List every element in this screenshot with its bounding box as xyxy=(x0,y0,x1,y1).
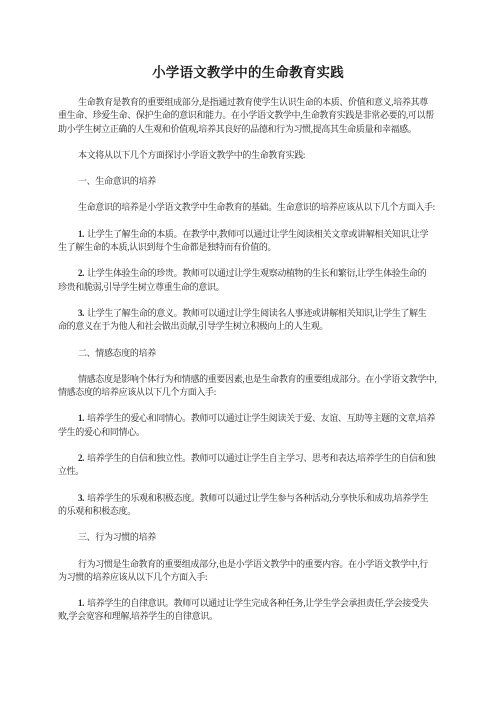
paragraph: 行为习惯是生命教育的重要组成部分,也是小学语文教学中的重要内容。在小学语文教学中… xyxy=(58,558,442,585)
list-item: 1.培养学生的自律意识。教师可以通过让学生完成各种任务,让学生学会承担责任,学会… xyxy=(58,597,442,624)
text-line: 本文将从以下几个方面探讨小学语文教学中的生命教育实践: xyxy=(58,149,442,162)
list-text: 让学生了解生命的本质。在教学中,教师可以通过让学生阅读相关文章或讲解相关知识,让… xyxy=(87,229,428,239)
text-line: 生命教育是教育的重要组成部分,是指通过教育使学生认识生命的本质、价值和意义,培养… xyxy=(58,96,442,109)
text-line: 2.培养学生的自信和独立性。教师可以通过让学生自主学习、思考和表达,培养学生的自… xyxy=(58,452,442,465)
list-item: 2.让学生体验生命的珍贵。教师可以通过让学生观察动植物的生长和繁衍,让学生体验生… xyxy=(58,267,442,294)
list-number: 2. xyxy=(78,453,84,463)
paragraph: 生命意识的培养是小学语文教学中生命教育的基础。生命意识的培养应该从以下几个方面入… xyxy=(58,201,442,214)
list-number: 3. xyxy=(78,308,84,318)
text-line: 三、行为习惯的培养 xyxy=(58,531,442,544)
paragraph: 生命教育是教育的重要组成部分,是指通过教育使学生认识生命的本质、价值和意义,培养… xyxy=(58,96,442,136)
document-body: 生命教育是教育的重要组成部分,是指通过教育使学生认识生命的本质、价值和意义,培养… xyxy=(58,96,442,624)
text-line: 行为习惯是生命教育的重要组成部分,也是小学语文教学中的重要内容。在小学语文教学中… xyxy=(58,558,442,571)
text-line: 生命意识的培养是小学语文教学中生命教育的基础。生命意识的培养应该从以下几个方面入… xyxy=(58,201,442,214)
section-heading: 二、情感态度的培养 xyxy=(58,347,442,360)
list-number: 1. xyxy=(78,413,84,423)
text-line: 助小学生树立正确的人生观和价值观,培养其良好的品德和行为习惯,提高其生命质量和幸… xyxy=(58,123,442,136)
list-number: 3. xyxy=(78,493,84,503)
list-item: 2.培养学生的自信和独立性。教师可以通过让学生自主学习、思考和表达,培养学生的自… xyxy=(58,452,442,479)
list-number: 2. xyxy=(78,268,84,278)
text-line: 1.培养学生的自律意识。教师可以通过让学生完成各种任务,让学生学会承担责任,学会… xyxy=(58,597,442,610)
text-line: 败,学会宽容和理解,培养学生的自律意识。 xyxy=(58,610,442,623)
section-heading: 一、生命意识的培养 xyxy=(58,175,442,188)
text-line: 立性。 xyxy=(58,465,442,478)
text-line: 1.培养学生的爱心和同情心。教师可以通过让学生阅读关于爱、友谊、互助等主题的文章… xyxy=(58,412,442,425)
text-line: 珍贵和脆弱,引导学生树立尊重生命的意识。 xyxy=(58,281,442,294)
text-line: 1.让学生了解生命的本质。在教学中,教师可以通过让学生阅读相关文章或讲解相关知识… xyxy=(58,228,442,241)
list-text: 培养学生的自信和独立性。教师可以通过让学生自主学习、思考和表达,培养学生的自信和… xyxy=(87,453,435,463)
text-line: 2.让学生体验生命的珍贵。教师可以通过让学生观察动植物的生长和繁衍,让学生体验生… xyxy=(58,267,442,280)
list-item: 1.培养学生的爱心和同情心。教师可以通过让学生阅读关于爱、友谊、互助等主题的文章… xyxy=(58,412,442,439)
list-number: 1. xyxy=(78,229,84,239)
text-line: 3.让学生了解生命的意义。教师可以通过让学生阅读名人事迹或讲解相关知识,让学生了… xyxy=(58,307,442,320)
paragraph: 情感态度是影响个体行为和情感的重要因素,也是生命教育的重要组成部分。在小学语文教… xyxy=(58,373,442,400)
text-line: 二、情感态度的培养 xyxy=(58,347,442,360)
list-text: 培养学生的自律意识。教师可以通过让学生完成各种任务,让学生学会承担责任,学会接受… xyxy=(87,598,428,608)
document-title: 小学语文教学中的生命教育实践 xyxy=(0,64,496,82)
text-line: 重生命、珍爱生命、保护生命的意识和能力。在小学语文教学中,生命教育实践是非常必要… xyxy=(58,109,442,122)
text-line: 一、生命意识的培养 xyxy=(58,175,442,188)
list-text: 让学生体验生命的珍贵。教师可以通过让学生观察动植物的生长和繁衍,让学生体验生命的 xyxy=(87,268,426,278)
text-line: 情感态度是影响个体行为和情感的重要因素,也是生命教育的重要组成部分。在小学语文教… xyxy=(58,373,442,386)
list-item: 1.让学生了解生命的本质。在教学中,教师可以通过让学生阅读相关文章或讲解相关知识… xyxy=(58,228,442,255)
list-text: 培养学生的乐观和积极态度。教师可以通过让学生参与各种活动,分享快乐和成功,培养学… xyxy=(87,493,428,503)
text-line: 命的意义在于为他人和社会做出贡献,引导学生树立积极向上的人生观。 xyxy=(58,320,442,333)
text-line: 的乐观和积极态度。 xyxy=(58,505,442,518)
document-page: 小学语文教学中的生命教育实践 生命教育是教育的重要组成部分,是指通过教育使学生认… xyxy=(0,0,496,702)
text-line: 为习惯的培养应该从以下几个方面入手: xyxy=(58,571,442,584)
text-line: 情感态度的培养应该从以下几个方面入手: xyxy=(58,386,442,399)
text-line: 生了解生命的本质,认识到每个生命都是独特而有价值的。 xyxy=(58,241,442,254)
list-item: 3.让学生了解生命的意义。教师可以通过让学生阅读名人事迹或讲解相关知识,让学生了… xyxy=(58,307,442,334)
list-text: 培养学生的爱心和同情心。教师可以通过让学生阅读关于爱、友谊、互助等主题的文章,培… xyxy=(87,413,435,423)
text-line: 3.培养学生的乐观和积极态度。教师可以通过让学生参与各种活动,分享快乐和成功,培… xyxy=(58,492,442,505)
list-number: 1. xyxy=(78,598,84,608)
text-line: 学生的爱心和同情心。 xyxy=(58,426,442,439)
paragraph: 本文将从以下几个方面探讨小学语文教学中的生命教育实践: xyxy=(58,149,442,162)
list-item: 3.培养学生的乐观和积极态度。教师可以通过让学生参与各种活动,分享快乐和成功,培… xyxy=(58,492,442,519)
section-heading: 三、行为习惯的培养 xyxy=(58,531,442,544)
list-text: 让学生了解生命的意义。教师可以通过让学生阅读名人事迹或讲解相关知识,让学生了解生 xyxy=(87,308,426,318)
